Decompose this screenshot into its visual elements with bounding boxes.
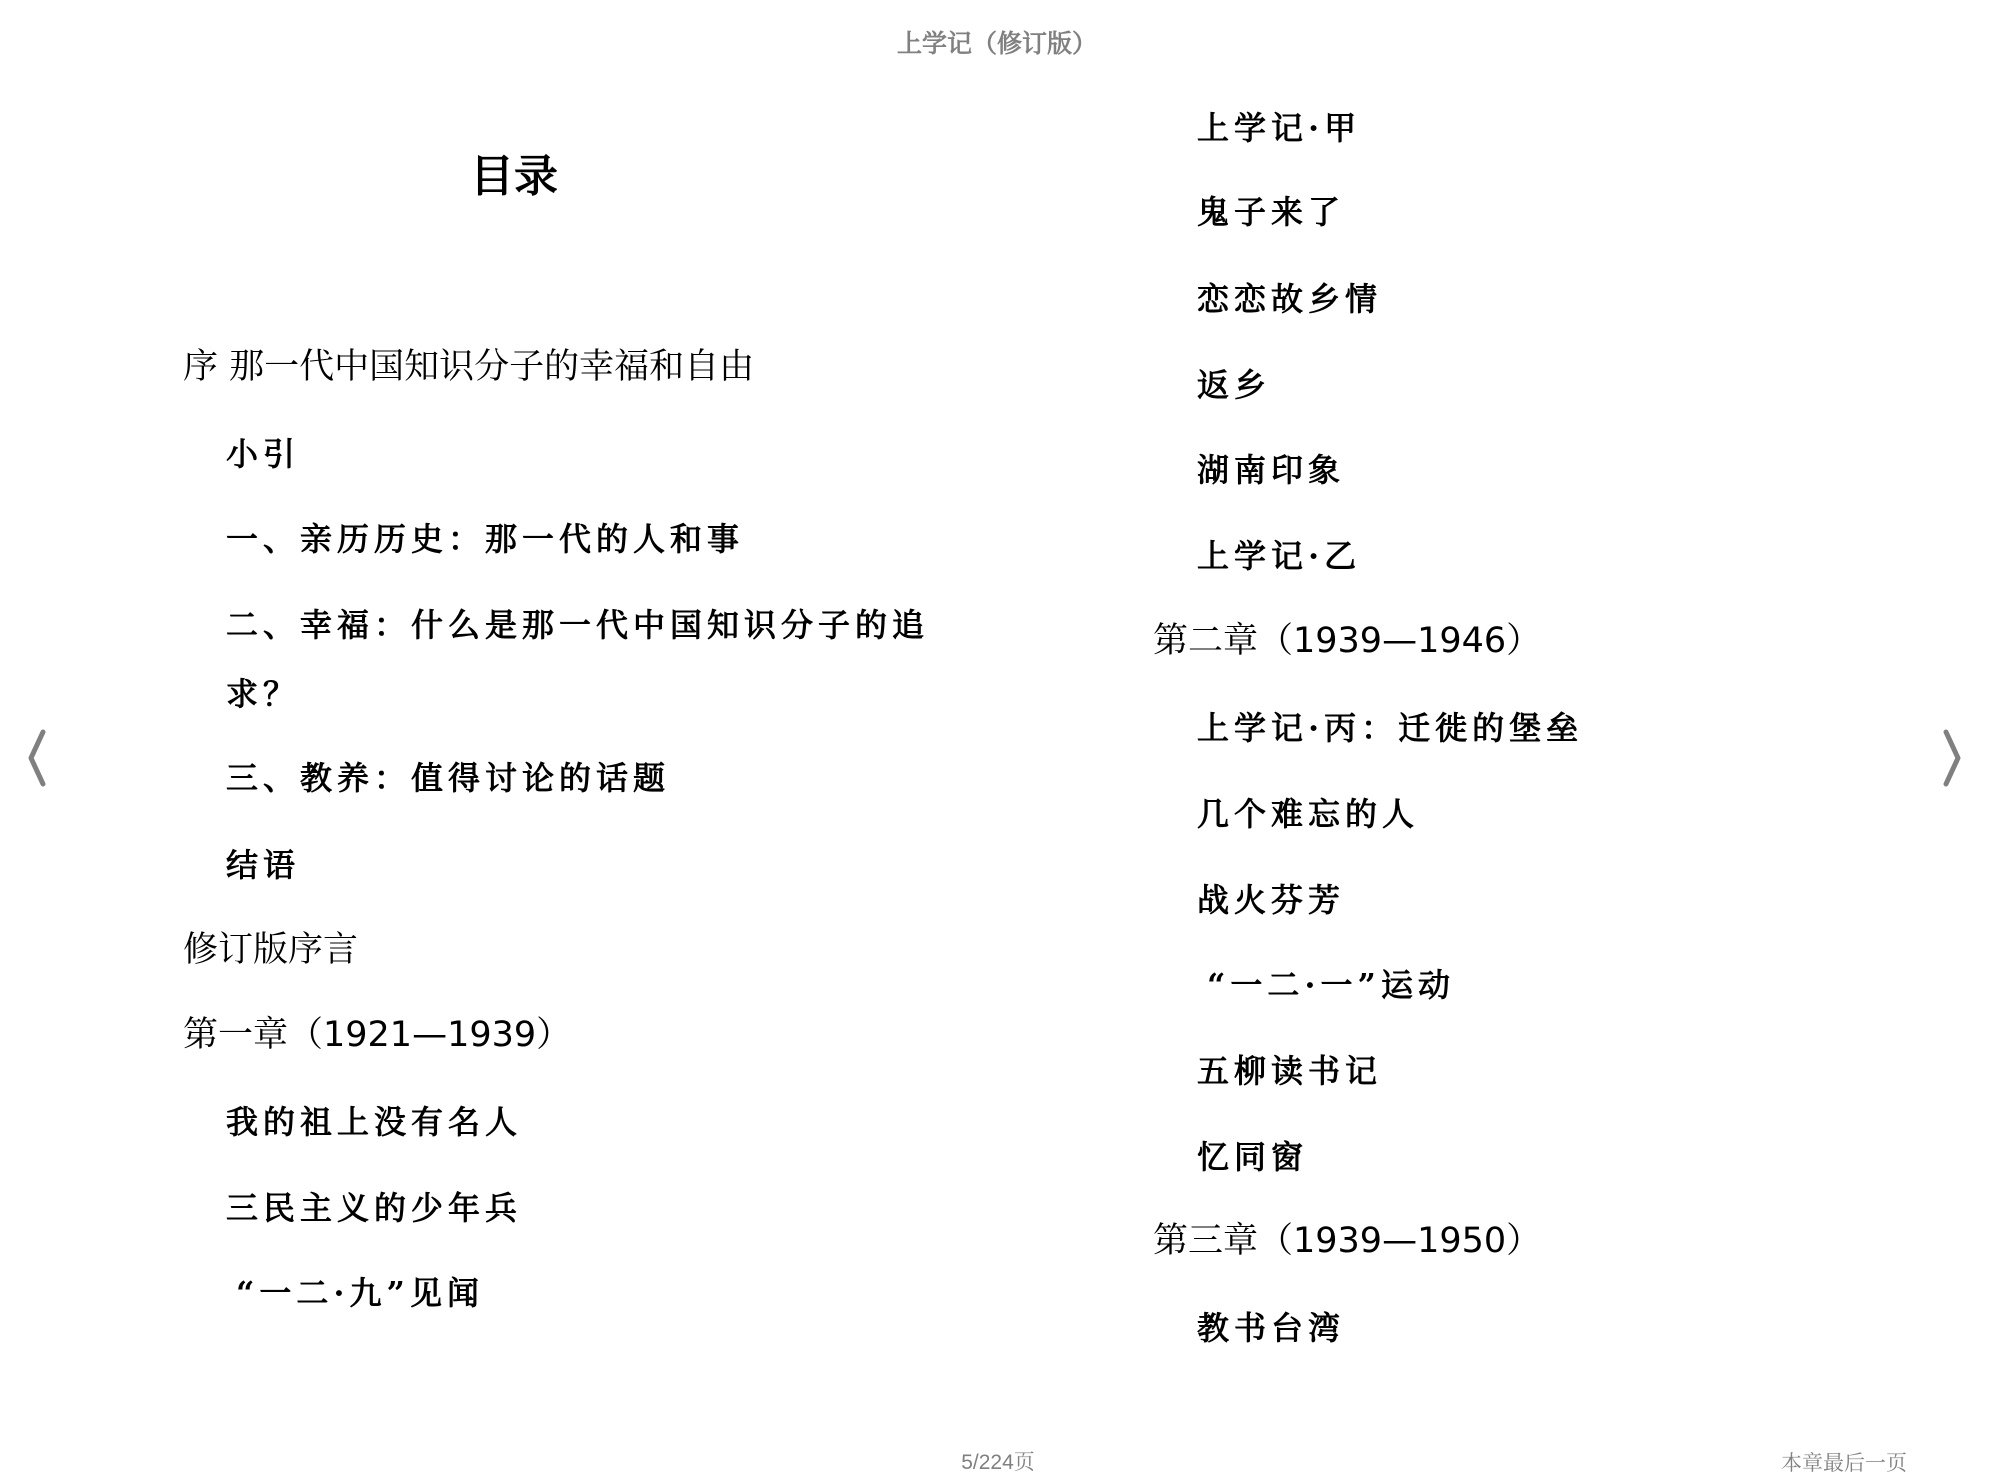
toc-entry[interactable]: 恋恋故乡情 bbox=[1197, 283, 1382, 315]
toc-entry[interactable]: 三、教养：值得讨论的话题 bbox=[226, 762, 670, 794]
toc-entry[interactable]: 二、幸福：什么是那一代中国知识分子的追 bbox=[226, 609, 929, 641]
page-indicator: 5/224页 bbox=[900, 1446, 1096, 1476]
toc-entry[interactable]: 忆同窗 bbox=[1197, 1141, 1308, 1173]
toc-entry[interactable]: 返乡 bbox=[1197, 369, 1271, 401]
toc-entry[interactable]: 教书台湾 bbox=[1197, 1312, 1345, 1344]
toc-entry[interactable]: 上学记·乙 bbox=[1197, 540, 1361, 572]
prev-page-button[interactable] bbox=[22, 728, 52, 788]
chevron-left-icon bbox=[22, 728, 52, 788]
toc-entry[interactable]: 小引 bbox=[226, 438, 300, 470]
toc-entry-chapter-1[interactable]: 第一章（1921—1939） bbox=[183, 1018, 571, 1053]
toc-entry[interactable]: 上学记·甲 bbox=[1197, 112, 1361, 144]
toc-heading: 目录 bbox=[414, 140, 614, 204]
toc-entry-preface[interactable]: 序 那一代中国知识分子的幸福和自由 bbox=[183, 350, 754, 385]
toc-entry[interactable]: 我的祖上没有名人 bbox=[226, 1106, 522, 1138]
toc-entry[interactable]: 湖南印象 bbox=[1197, 454, 1345, 486]
toc-entry-revised-preface[interactable]: 修订版序言 bbox=[183, 933, 358, 968]
toc-entry[interactable]: “一二·一”运动 bbox=[1207, 969, 1455, 1001]
toc-entry[interactable]: 结语 bbox=[226, 849, 300, 881]
chevron-right-icon bbox=[1937, 728, 1967, 788]
toc-entry[interactable]: 五柳读书记 bbox=[1197, 1055, 1382, 1087]
toc-entry-continuation[interactable]: 求？ bbox=[226, 678, 300, 710]
book-title: 上学记（修订版） bbox=[0, 24, 1994, 60]
toc-entry[interactable]: “一二·九”见闻 bbox=[236, 1277, 484, 1309]
toc-entry-chapter-2[interactable]: 第二章（1939—1946） bbox=[1153, 624, 1541, 659]
toc-entry[interactable]: 鬼子来了 bbox=[1197, 196, 1345, 228]
toc-entry-chapter-3[interactable]: 第三章（1939—1950） bbox=[1153, 1224, 1541, 1259]
toc-entry[interactable]: 上学记·丙：迁徙的堡垒 bbox=[1197, 712, 1583, 744]
chapter-last-page-note: 本章最后一页 bbox=[1781, 1447, 1907, 1477]
toc-entry[interactable]: 几个难忘的人 bbox=[1197, 798, 1419, 830]
toc-entry[interactable]: 一、亲历历史：那一代的人和事 bbox=[226, 523, 744, 555]
toc-entry[interactable]: 三民主义的少年兵 bbox=[226, 1192, 522, 1224]
next-page-button[interactable] bbox=[1937, 728, 1967, 788]
toc-entry[interactable]: 战火芬芳 bbox=[1197, 884, 1345, 916]
